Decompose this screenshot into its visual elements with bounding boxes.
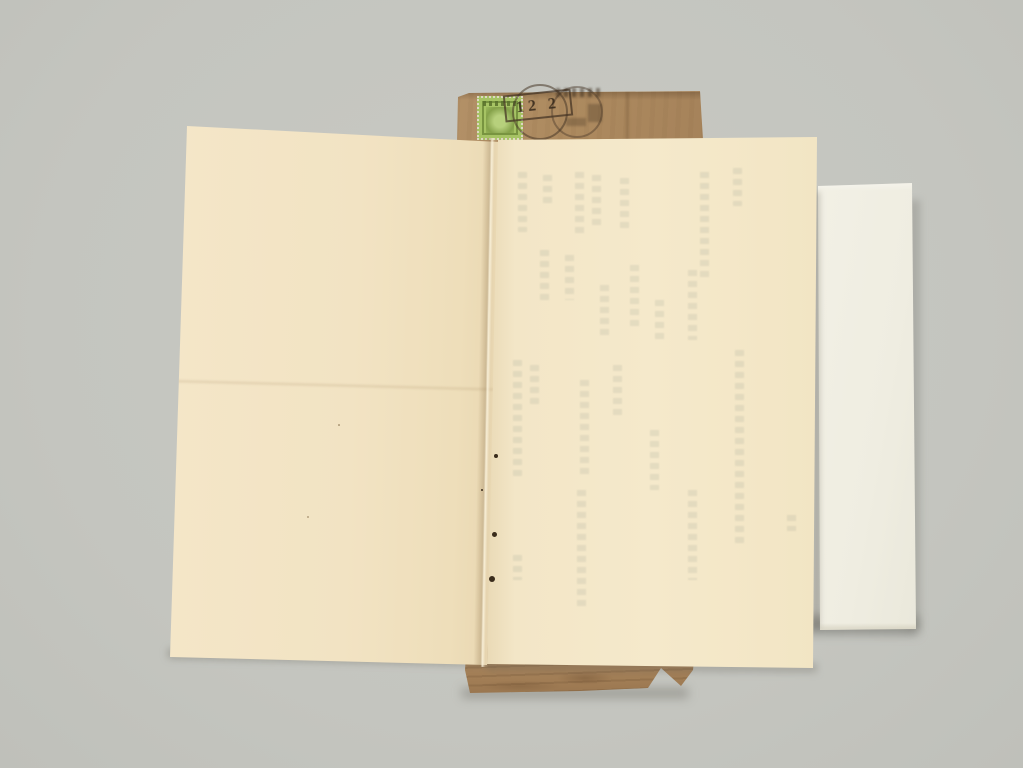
ghost-text-column [577, 490, 586, 610]
ghost-text-column [580, 380, 589, 475]
ghost-text-column [530, 365, 539, 405]
ghost-text-column [565, 255, 574, 300]
ghost-text-column [543, 175, 552, 203]
stitch-hole [494, 454, 498, 458]
ghost-text-column [735, 350, 744, 545]
ghost-text-column [733, 168, 742, 206]
document-right-page [485, 135, 819, 670]
postmark-ink-smudge [588, 104, 602, 122]
postmark-ink-smudge [566, 118, 586, 126]
ghost-text-column [592, 175, 601, 230]
paper-speck [338, 424, 340, 426]
document-left-page [168, 124, 500, 667]
ghost-text-column [575, 172, 584, 237]
ghost-text-column [513, 555, 522, 580]
paper-speck [307, 516, 309, 518]
ghost-text-column [688, 490, 697, 580]
postmark-date-text: 12 2 [515, 94, 561, 117]
ghost-text-column [787, 515, 796, 531]
ghost-text-column [613, 365, 622, 420]
ghost-text-column [540, 250, 549, 305]
ghost-text-column [513, 360, 522, 480]
photo-scene: 12 2 [0, 0, 1023, 768]
ghost-text-column [630, 265, 639, 330]
white-sheet [818, 183, 916, 630]
ghost-text-column [518, 172, 527, 232]
ghost-text-column [700, 172, 709, 277]
ghost-text-column [650, 430, 659, 490]
stitch-hole [489, 576, 495, 582]
ghost-text-column [688, 270, 697, 340]
horizontal-fold-crease [170, 380, 496, 391]
stitch-hole [492, 532, 497, 537]
ghost-text-column [655, 300, 664, 340]
ghost-text-column [620, 178, 629, 228]
stitch-hole [481, 489, 483, 491]
ghost-text-column [600, 285, 609, 335]
